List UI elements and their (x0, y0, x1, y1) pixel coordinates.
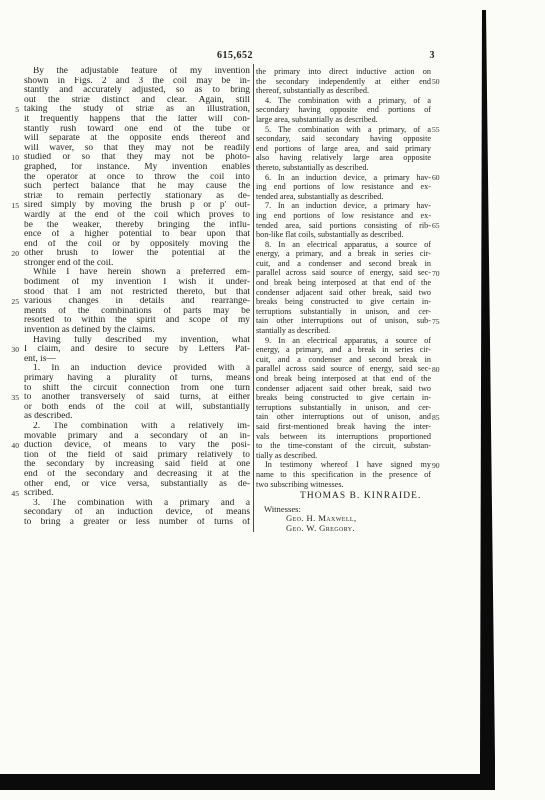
text-line: tain other interruptions out of unison, … (256, 412, 431, 422)
text-line: tain other interruptions out of unison, … (256, 316, 431, 326)
text-line: resorted to within the spirit and scope … (24, 316, 250, 326)
text-line: vals between its interruptions proportio… (256, 432, 431, 442)
page-number: 3 (424, 50, 440, 61)
text-line: secondary having opposite end portions o… (256, 105, 431, 115)
text-line: to another transversely of said turns, a… (24, 393, 250, 403)
line-number: 85 (432, 413, 448, 423)
text-line: invention as defined by the claims. (24, 326, 250, 336)
text-line: tended area, said portions consisting of… (256, 221, 431, 231)
text-line: wardly at the end of the coil which prov… (24, 211, 250, 221)
line-number: 65 (432, 221, 448, 231)
scan-spine-edge (480, 10, 495, 790)
text-line: breaks being constructed to give certain… (256, 393, 431, 403)
right-text-column: the primary into direct inductive action… (256, 67, 431, 534)
text-line: terruptions substantially in unison, and… (256, 307, 431, 317)
line-number: 25 (5, 297, 19, 307)
text-line: will separate at the opposite ends there… (24, 134, 250, 144)
text-line: two subscribing witnesses. (256, 480, 431, 490)
witness-name: Geo. W. Gregory. (256, 524, 431, 534)
line-number: 45 (5, 489, 19, 499)
text-line: end of the secondary and decreasing it a… (24, 470, 250, 480)
text-line: stronger end of the coil. (24, 259, 250, 269)
text-line: tended area, substantially as described. (256, 192, 431, 202)
text-line: or both ends of the coil at will, substa… (24, 403, 250, 413)
text-line: thereto, substantially as described. (256, 163, 431, 173)
line-number: 10 (5, 153, 19, 163)
text-line: Having fully described my invention, wha… (24, 336, 250, 346)
text-line: name to this specification in the presen… (256, 470, 431, 480)
text-line: cuit, and a condenser and second break i… (256, 355, 431, 365)
text-line: bon-like flat coils, substantially as de… (256, 230, 431, 240)
text-line: secondary of an induction device, of mea… (24, 508, 250, 518)
text-line: In testimony whereof I have signed my (256, 460, 431, 470)
line-number: 30 (5, 345, 19, 355)
left-text-column: By the adjustable feature of my inventio… (24, 67, 250, 528)
text-line: cuit, and a condenser and second break i… (256, 259, 431, 269)
patent-page: 615,652 3 51015202530354045 505560657075… (0, 0, 545, 800)
text-line: ond break being interposed at that end o… (256, 374, 431, 384)
text-line: By the adjustable feature of my inventio… (24, 67, 250, 77)
text-line: 5. The combination with a primary, of a (256, 125, 431, 135)
text-line: terruptions substantially in unison, and… (256, 403, 431, 413)
line-number: 70 (432, 269, 448, 279)
text-line: end of the coil or by oppositely moving … (24, 240, 250, 250)
text-line: studied or so that they may not be photo… (24, 153, 250, 163)
text-line: energy, a primary, and a break in series… (256, 345, 431, 355)
line-number: 35 (5, 393, 19, 403)
text-line: stood that I am not restricted thereto, … (24, 288, 250, 298)
text-line: will waver, so that they may not be read… (24, 144, 250, 154)
text-line: to the time-constant of the circuit, sub… (256, 441, 431, 451)
text-line: shown in Figs. 2 and 3 the coil may be i… (24, 77, 250, 87)
line-number: 15 (5, 201, 19, 211)
line-number: 40 (5, 441, 19, 451)
text-line: ent, is— (24, 355, 250, 365)
text-line: 7. In an induction device, a primary hav… (256, 201, 431, 211)
text-line: While I have herein shown a preferred em… (24, 268, 250, 278)
patent-number: 615,652 (195, 50, 275, 61)
text-line: it frequently happens that the latter wi… (24, 115, 250, 125)
text-line: parallel across said source of energy, s… (256, 364, 431, 374)
text-line: the operator at once to throw the coil i… (24, 173, 250, 183)
text-line: to shift the circuit connection from one… (24, 384, 250, 394)
text-line: end portions of large area, and said pri… (256, 144, 431, 154)
text-line: such perfect balance that he may cause t… (24, 182, 250, 192)
text-line: sired simply by moving the brush p or p'… (24, 201, 250, 211)
text-line: condenser adjacent said other break, sai… (256, 384, 431, 394)
text-line: graphed, for instance. My invention enab… (24, 163, 250, 173)
text-line: taking the study of striæ as an illustra… (24, 105, 250, 115)
line-number: 80 (432, 365, 448, 375)
text-line: energy, a primary, and a break in series… (256, 249, 431, 259)
text-line: duction device, of means to vary the pos… (24, 441, 250, 451)
text-line: stantly and accurately adjusted, so as t… (24, 86, 250, 96)
text-line: said first-mentioned break having the in… (256, 422, 431, 432)
column-divider-rule (253, 64, 254, 532)
text-line: other end, or vice versa, substantially … (24, 480, 250, 490)
scan-bottom-edge (0, 774, 492, 790)
text-line: 6. In an induction device, a primary hav… (256, 173, 431, 183)
text-line: tially as described. (256, 451, 431, 461)
text-line: other brush to lower the potential at th… (24, 249, 250, 259)
text-line: the primary into direct inductive action… (256, 67, 431, 77)
text-line: parallel across said source of energy, s… (256, 268, 431, 278)
line-number: 20 (5, 249, 19, 259)
line-number: 50 (432, 77, 448, 87)
text-line: 3. The combination with a primary and a (24, 499, 250, 509)
text-line: 2. The combination with a relatively im- (24, 422, 250, 432)
text-line: 1. In an induction device provided with … (24, 364, 250, 374)
text-line: stantly rush toward one end of the tube … (24, 125, 250, 135)
text-line: be the weaker, thereby bringing the infl… (24, 221, 250, 231)
text-line: ing end portions of low resistance and e… (256, 182, 431, 192)
text-line: as described. (24, 412, 250, 422)
text-line: ence of a higher potential to bear upon … (24, 230, 250, 240)
inventor-signature: THOMAS B. KINRAIDE. (256, 491, 431, 502)
text-line: ments of the combinations of parts may b… (24, 307, 250, 317)
text-line: the secondary independently at either en… (256, 77, 431, 87)
text-line: 8. In an electrical apparatus, a source … (256, 240, 431, 250)
text-line: large area, substantially as described. (256, 115, 431, 125)
text-line: out the striæ distinct and clear. Again,… (24, 96, 250, 106)
text-line: also having relatively large area opposi… (256, 153, 431, 163)
text-line: secondary, said secondary having opposit… (256, 134, 431, 144)
text-line: primary having a plurality of turns, mea… (24, 374, 250, 384)
line-number: 5 (5, 105, 19, 115)
text-line: stantially as described. (256, 326, 431, 336)
text-line: ond break being interposed at that end o… (256, 278, 431, 288)
line-number: 55 (432, 125, 448, 135)
text-line: 4. The combination with a primary, of a (256, 96, 431, 106)
line-number: 90 (432, 461, 448, 471)
text-line: 9. In an electrical apparatus, a source … (256, 336, 431, 346)
text-line: to bring a greater or less number of tur… (24, 518, 250, 528)
text-line: scribed. (24, 489, 250, 499)
text-line: ing end portions of low resistance and e… (256, 211, 431, 221)
text-line: various changes in details and rearrange… (24, 297, 250, 307)
text-line: movable primary and a secondary of an in… (24, 432, 250, 442)
scan-edge-corner (464, 760, 480, 774)
text-line: I claim, and desire to secure by Letters… (24, 345, 250, 355)
text-line: tion of the field of said primary relati… (24, 451, 250, 461)
line-number: 75 (432, 317, 448, 327)
text-line: breaks being constructed to give certain… (256, 297, 431, 307)
line-number: 60 (432, 173, 448, 183)
text-line: bodiment of my invention I wish it under… (24, 278, 250, 288)
text-line: the secondary by increasing said field a… (24, 460, 250, 470)
text-line: condenser adjacent said other break, sai… (256, 288, 431, 298)
text-line: striæ to remain perfectly stationary as … (24, 192, 250, 202)
text-line: thereof, substantially as described. (256, 86, 431, 96)
